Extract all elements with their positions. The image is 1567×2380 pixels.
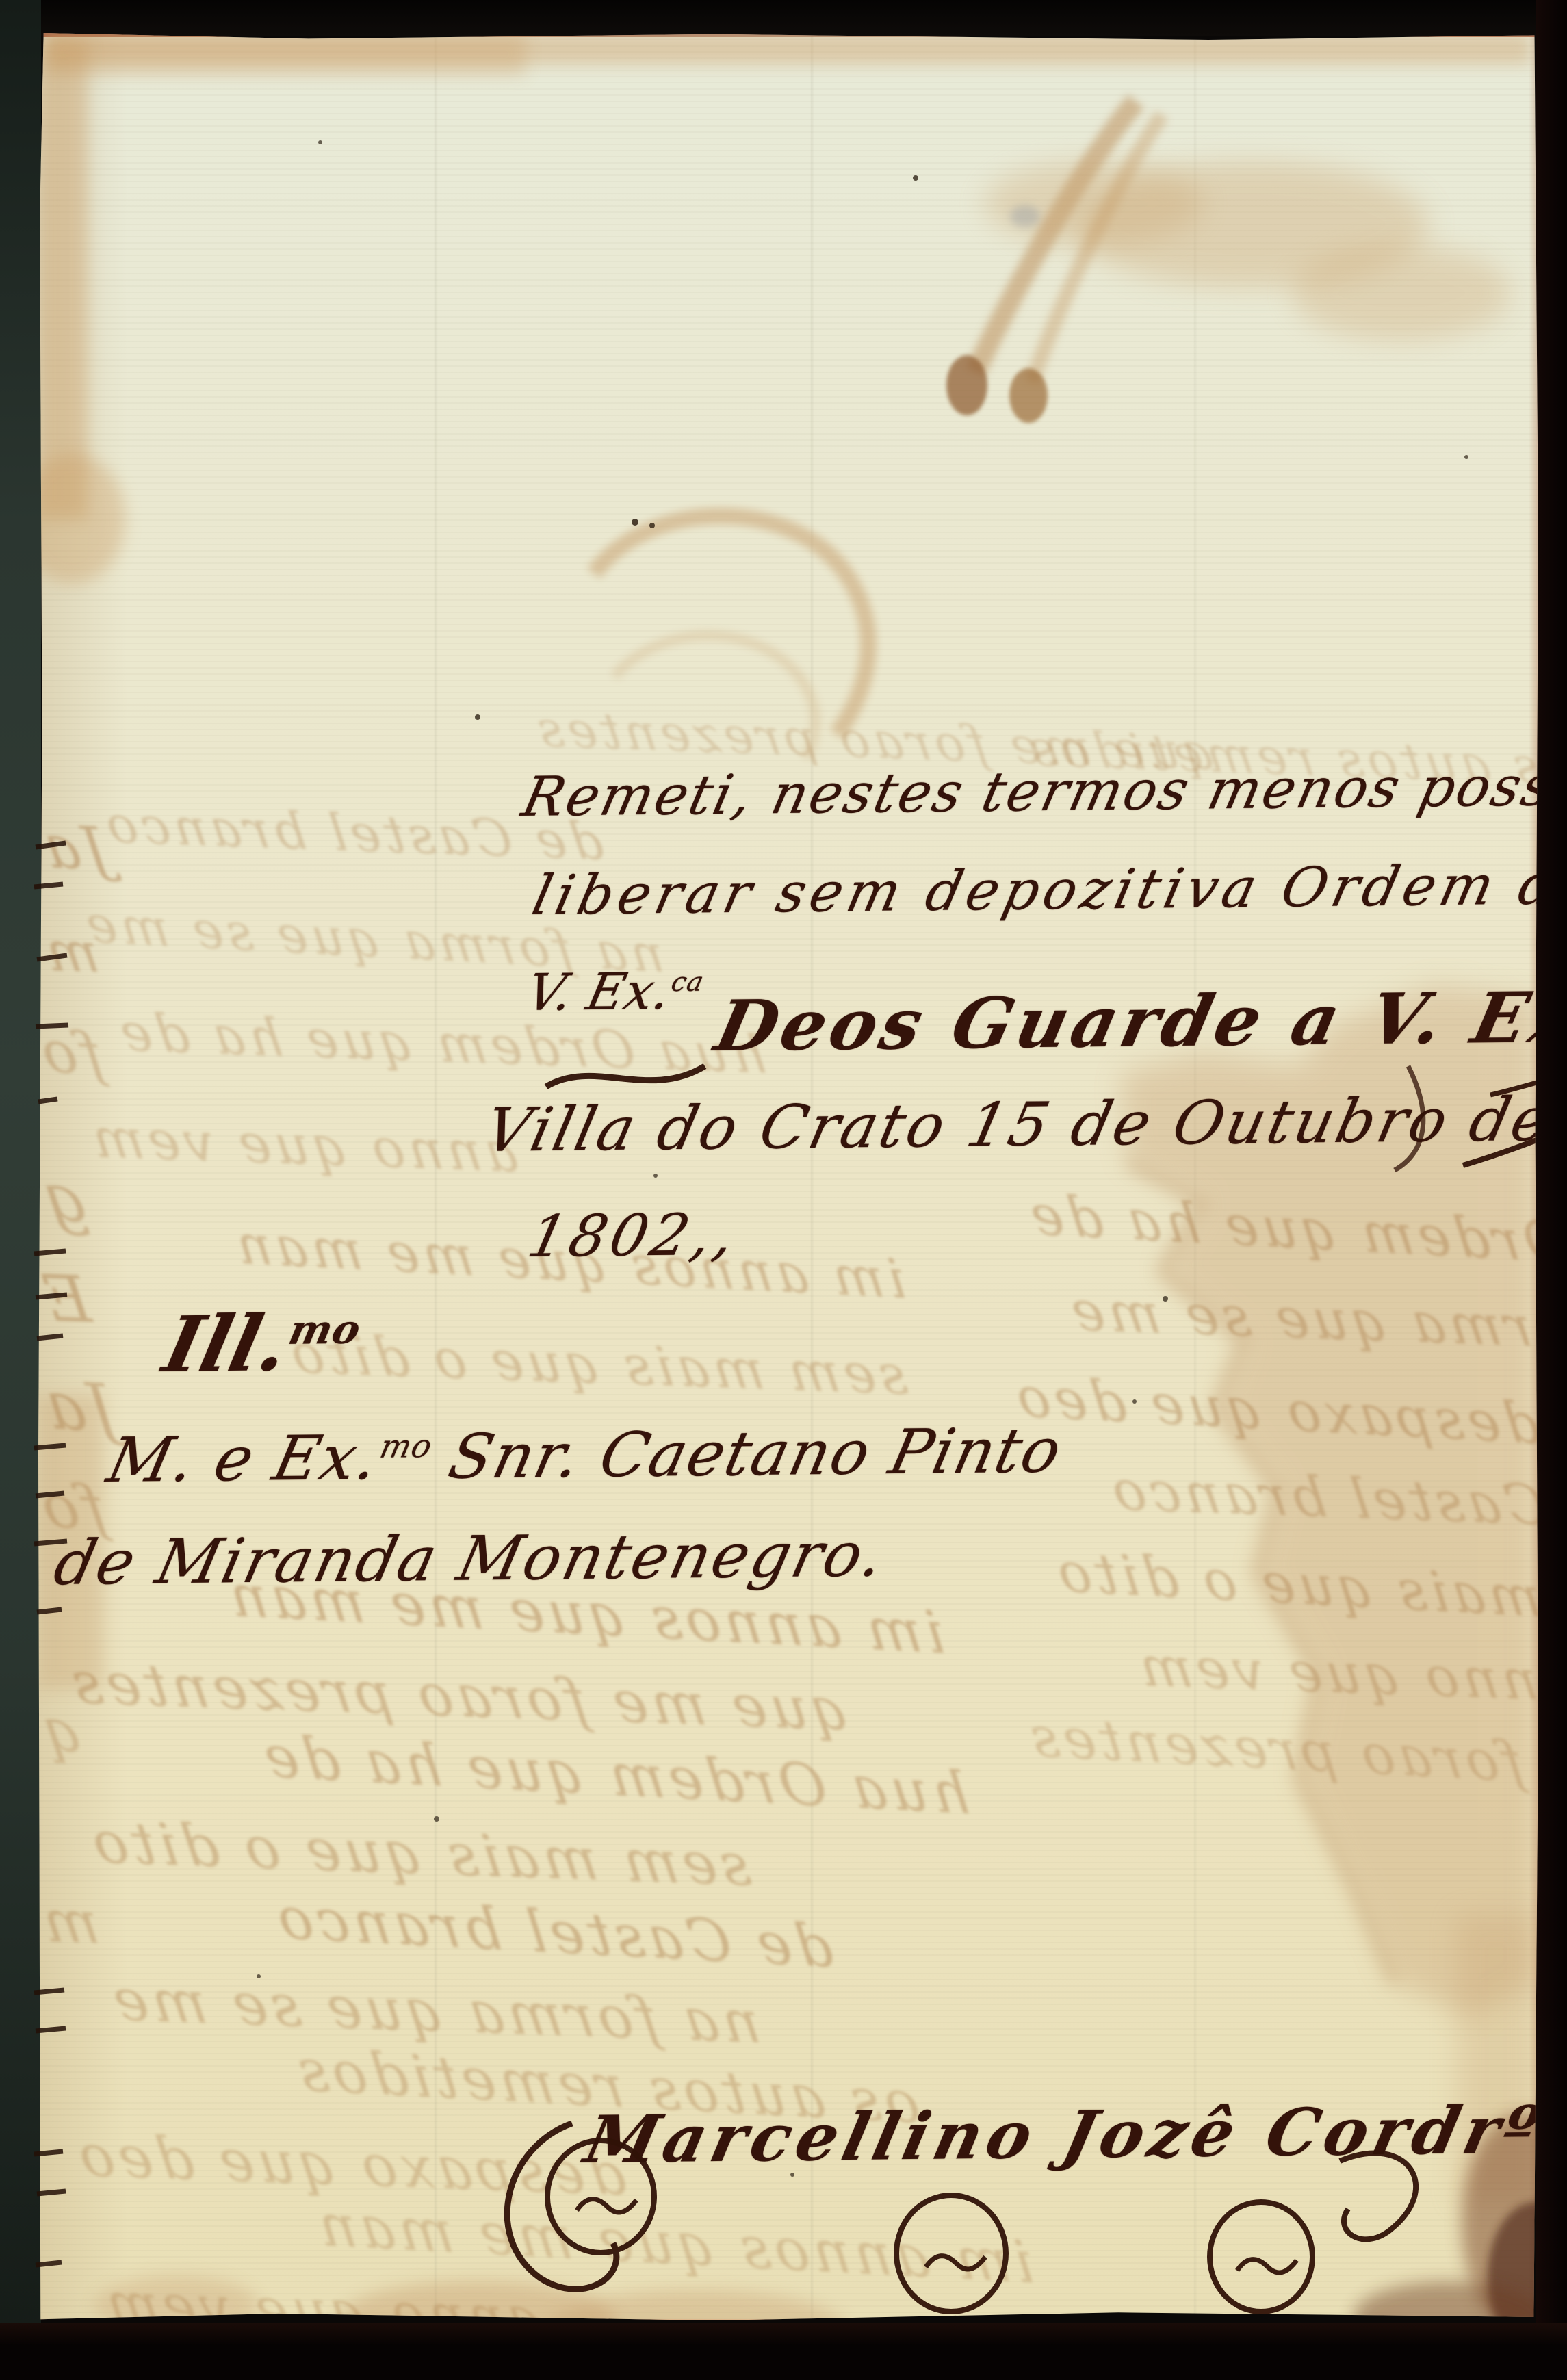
scan-background-bottom: [0, 2323, 1567, 2380]
paper-sheet: JamfogEJafoqmde Castel brancona forma qu…: [38, 33, 1538, 2324]
dateline: Villa do Crato 15 de Outubro de: [479, 1084, 1559, 1165]
address-line-3: de Miranda Montenegro.: [48, 1518, 892, 1599]
address-line-2: M. e Ex.mo Snr. Caetano Pinto: [101, 1414, 1069, 1497]
scan-background-left: [0, 0, 41, 2380]
body-line-3: V. Ex.ca: [521, 961, 708, 1022]
body-line-2: liberar sem depozitiva Ordem de: [527, 853, 1567, 927]
scan-background-top: [0, 0, 1567, 36]
valediction-line: Deos Guarde a V. Ex.ca.: [708, 976, 1567, 1068]
signature: Marcellino Jozê Cordrº: [578, 2092, 1551, 2178]
scan-background-right: [1536, 0, 1567, 2380]
scanned-letter-page: JamfogEJafoqmde Castel brancona forma qu…: [0, 0, 1567, 2380]
address-line-1: Ill.mo: [156, 1298, 367, 1390]
body-line-1: Remeti, nestes termos menos posso de: [517, 753, 1567, 829]
year-line: 1802,,: [522, 1201, 745, 1270]
ink-text-layer: Remeti, nestes termos menos posso de lib…: [0, 0, 1567, 2380]
